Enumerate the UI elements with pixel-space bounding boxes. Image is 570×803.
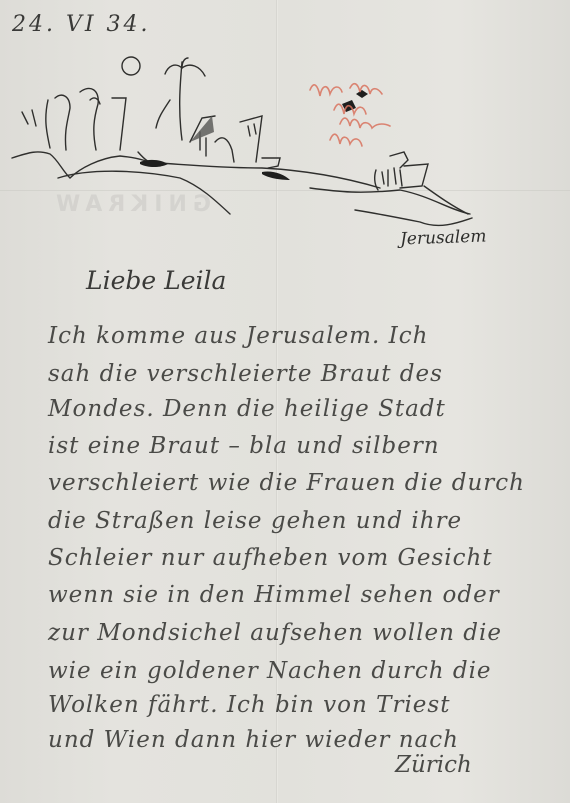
closing-place: Zürich	[395, 752, 472, 778]
salutation: Liebe Leila	[86, 266, 226, 295]
body-line: die Straßen leise gehen und ihre	[48, 508, 462, 534]
body-line: Ich komme aus Jerusalem. Ich	[48, 323, 428, 349]
sketch-place-label: Jerusalem	[400, 226, 487, 249]
letter-sheet: GNIKRAW 24. VI 34.	[0, 0, 570, 803]
body-line: wie ein goldener Nachen durch die	[48, 658, 492, 684]
body-line: Wolken fährt. Ich bin von Triest	[48, 692, 450, 718]
body-line: verschleiert wie die Frauen die durch	[48, 470, 525, 496]
body-line: Schleier nur aufheben vom Gesicht	[48, 545, 493, 571]
body-line: sah die verschleierte Braut des	[48, 361, 443, 387]
body-line: zur Mondsichel aufsehen wollen die	[48, 620, 502, 646]
body-line: und Wien dann hier wieder nach	[48, 727, 459, 753]
body-line: wenn sie in den Himmel sehen oder	[48, 582, 500, 608]
jerusalem-sketch-icon	[0, 0, 570, 260]
body-line: ist eine Braut – bla und silbern	[48, 433, 440, 459]
body-line: Mondes. Denn die heilige Stadt	[48, 396, 446, 422]
